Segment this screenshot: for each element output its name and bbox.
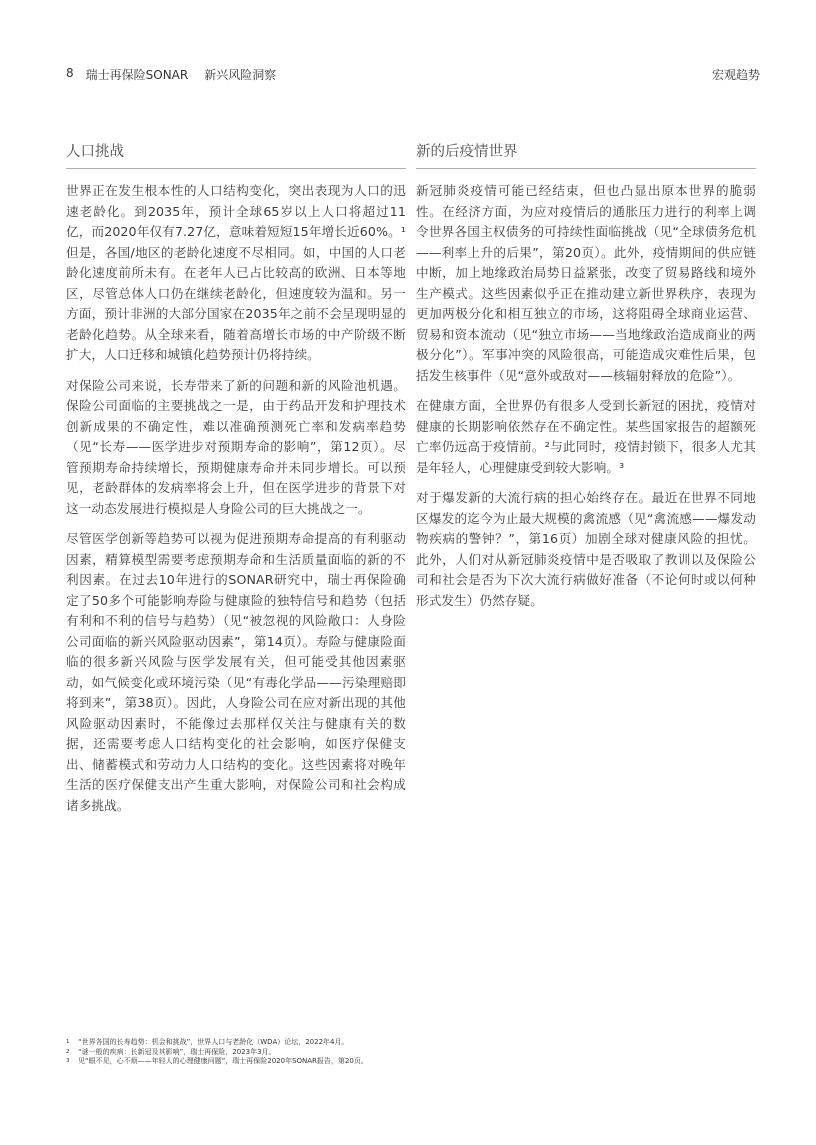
footnote-text: 见“眼不见，心不烦——年轻人的心理健康问题”，瑞士再保险2020年SONAR报告… [78, 1057, 368, 1067]
publication-subtitle: 新兴风险洞察 [204, 66, 276, 83]
running-header: 8 瑞士再保险SONAR 新兴风险洞察 宏观趋势 [66, 64, 760, 84]
left-column: 人口挑战 世界正在发生根本性的人口结构变化，突出表现为人口的迅速老龄化。到203… [66, 142, 406, 826]
footnotes: 1 “世界各国的长寿趋势：机会和挑战”，世界人口与老龄化（WDA）论坛，2022… [66, 1038, 486, 1067]
footnote: 1 “世界各国的长寿趋势：机会和挑战”，世界人口与老龄化（WDA）论坛，2022… [66, 1038, 486, 1048]
footnote-text: “世界各国的长寿趋势：机会和挑战”，世界人口与老龄化（WDA）论坛，2022年4… [78, 1038, 349, 1048]
publication-title: 瑞士再保险SONAR [86, 66, 189, 83]
page-number: 8 [66, 66, 74, 83]
header-left: 8 瑞士再保险SONAR 新兴风险洞察 [66, 66, 276, 83]
footnote: 3 见“眼不见，心不烦——年轻人的心理健康问题”，瑞士再保险2020年SONAR… [66, 1057, 486, 1067]
section-heading-population: 人口挑战 [66, 142, 406, 169]
footnote: 2 “谜一般的疾病：长新冠及其影响”，瑞士再保险，2023年3月。 [66, 1048, 486, 1058]
paragraph: 对于爆发新的大流行病的担心始终存在。最近在世界不同地区爆发的迄今为止最大规模的禽… [416, 488, 756, 611]
paragraph: 尽管医学创新等趋势可以视为促进预期寿命提高的有利驱动因素，精算模型需要考虑预期寿… [66, 529, 406, 816]
paragraph: 世界正在发生根本性的人口结构变化，突出表现为人口的迅速老龄化。到2035年，预计… [66, 181, 406, 366]
paragraph: 新冠肺炎疫情可能已经结束，但也凸显出原本世界的脆弱性。在经济方面，为应对疫情后的… [416, 181, 756, 386]
section-label: 宏观趋势 [712, 66, 760, 83]
footnote-number: 2 [66, 1048, 70, 1058]
right-column: 新的后疫情世界 新冠肺炎疫情可能已经结束，但也凸显出原本世界的脆弱性。在经济方面… [416, 142, 756, 621]
paragraph: 在健康方面，全世界仍有很多人受到长新冠的困扰，疫情对健康的长期影响依然存在不确定… [416, 396, 756, 478]
section-heading-post-pandemic: 新的后疫情世界 [416, 142, 756, 169]
paragraph: 对保险公司来说，长寿带来了新的问题和新的风险池机遇。保险公司面临的主要挑战之一是… [66, 376, 406, 520]
footnote-text: “谜一般的疾病：长新冠及其影响”，瑞士再保险，2023年3月。 [78, 1048, 276, 1058]
footnote-number: 3 [66, 1057, 70, 1067]
footnote-number: 1 [66, 1038, 70, 1048]
